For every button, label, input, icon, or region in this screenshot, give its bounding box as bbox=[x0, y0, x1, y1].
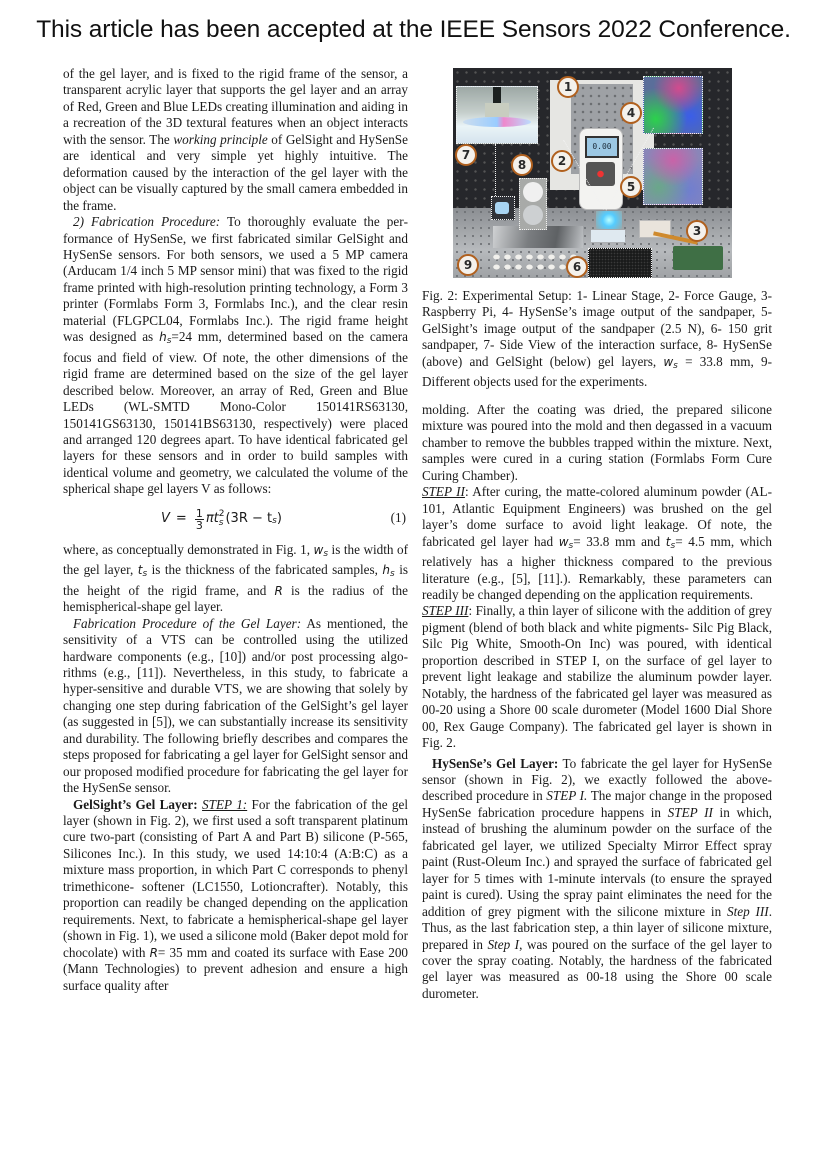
text-run: = 33.8 mm and bbox=[573, 534, 666, 549]
eq-equals: = bbox=[176, 511, 187, 527]
gauge-keypad bbox=[586, 162, 615, 186]
inset-gel-layers bbox=[519, 178, 547, 230]
right-column: molding. After the coating was dried, th… bbox=[422, 402, 772, 1002]
eq-rhs-sub: s bbox=[272, 513, 277, 529]
label-7-side-view: 7 bbox=[455, 144, 477, 166]
paragraph-gelsight-gel-layer: GelSight’s Gel Layer: STEP 1: For the fa… bbox=[63, 797, 408, 994]
paragraph-working-principle: of the gel layer, and is fixed to the ri… bbox=[63, 66, 408, 214]
paragraph-step-3: STEP III: Finally, a thin layer of silic… bbox=[422, 603, 772, 751]
paragraph-fabrication-procedure: 2) Fabrication Procedure: To thoroughly … bbox=[63, 214, 408, 498]
eq-rhs: (3R − t bbox=[225, 511, 272, 527]
text-run: =24 mm, determined based on the camera f… bbox=[63, 329, 408, 496]
leader-line bbox=[495, 144, 496, 196]
subsection-heading: Fabrication Procedure of the Gel Layer: bbox=[73, 616, 301, 631]
math-var: R bbox=[150, 946, 158, 960]
step-label: STEP II bbox=[422, 484, 465, 499]
eq-pi-t: πt bbox=[206, 511, 219, 527]
emphasis-working-principle: working principle bbox=[173, 132, 267, 147]
math-var: w bbox=[663, 355, 673, 369]
figure-2-photo: 0.00 1 2 3 4 5 6 7 8 9 bbox=[453, 68, 732, 278]
equation-number: (1) bbox=[391, 510, 406, 526]
frac-denominator: 3 bbox=[196, 520, 203, 531]
figure-2-caption: Fig. 2: Experimental Setup: 1- Linear St… bbox=[422, 288, 772, 391]
gel-surface bbox=[463, 117, 531, 127]
eq-lhs: V bbox=[161, 511, 170, 527]
step-ref: Step III bbox=[727, 904, 769, 919]
paragraph-variable-definitions: where, as conceptually demonstrated in F… bbox=[63, 542, 408, 616]
math-var: w bbox=[559, 535, 569, 549]
inset-gelsight-output bbox=[643, 148, 703, 205]
eq-supsub: 2s bbox=[219, 510, 225, 528]
label-5-gelsight-output: 5 bbox=[620, 176, 642, 198]
gauge-display: 0.00 bbox=[585, 136, 619, 158]
step-ref: STEP II bbox=[668, 805, 713, 820]
text-run: in which, instead of brushing the alumin… bbox=[422, 805, 772, 919]
step-ref: STEP I. bbox=[546, 788, 587, 803]
text-run: molding. After the coating was dried, th… bbox=[422, 402, 772, 483]
math-var: h bbox=[382, 563, 390, 577]
eq-fraction: 13 bbox=[195, 508, 204, 531]
raspberry-pi-board bbox=[673, 246, 723, 270]
text-run: where, as conceptually demonstrated in F… bbox=[63, 542, 314, 557]
label-9-objects: 9 bbox=[457, 254, 479, 276]
label-2-force-gauge: 2 bbox=[551, 150, 573, 172]
text-run: To thoroughly evaluate the per­formance … bbox=[63, 214, 408, 344]
paragraph-gel-layer-procedure: Fabrication Procedure of the Gel Layer: … bbox=[63, 616, 408, 797]
text-run: is the thickness of the fabricated sampl… bbox=[147, 562, 382, 577]
step-ref: Step I bbox=[487, 937, 519, 952]
label-4-hysense-output: 4 bbox=[620, 102, 642, 124]
text-run: As mentioned, the sensitivity of a VTS c… bbox=[63, 616, 408, 796]
eq-sub: s bbox=[219, 519, 225, 528]
text-run: : Finally, a thin layer of silicone with… bbox=[422, 603, 772, 750]
indenter-body bbox=[485, 103, 509, 117]
gel-cup bbox=[495, 202, 509, 214]
inset-hysense-output bbox=[643, 76, 703, 134]
inset-gel-cup bbox=[491, 196, 515, 220]
math-var: h bbox=[159, 330, 167, 344]
math-var: R bbox=[274, 584, 282, 598]
sensor-led-glow bbox=[596, 211, 622, 229]
sensor-base bbox=[591, 230, 625, 242]
inset-side-view bbox=[456, 86, 538, 144]
equation-body: V = 13 πt 2s (3R − t s ) bbox=[161, 508, 282, 531]
acceptance-banner: This article has been accepted at the IE… bbox=[0, 16, 827, 44]
eq-rhs-close: ) bbox=[277, 511, 282, 527]
label-6-sandpaper: 6 bbox=[566, 256, 588, 278]
paragraph-molding: molding. After the coating was dried, th… bbox=[422, 402, 772, 484]
paragraph-step-2: STEP II: After curing, the matte-colored… bbox=[422, 484, 772, 603]
label-3-raspberry-pi: 3 bbox=[686, 220, 708, 242]
hysense-gel bbox=[523, 182, 543, 202]
paragraph-hysense-gel-layer: HySenSe’s Gel Layer: To fabricate the ge… bbox=[422, 756, 772, 1003]
math-var: w bbox=[314, 543, 324, 557]
label-1-linear-stage: 1 bbox=[557, 76, 579, 98]
frac-numerator: 1 bbox=[195, 508, 204, 520]
subsection-heading: 2) Fabrication Procedure: bbox=[73, 214, 220, 229]
indenter bbox=[493, 87, 501, 103]
label-8-gel-layers: 8 bbox=[511, 154, 533, 176]
gelsight-gel bbox=[523, 205, 543, 225]
bold-heading: GelSight’s Gel Layer: bbox=[73, 797, 198, 812]
left-column: of the gel layer, and is fixed to the ri… bbox=[63, 66, 408, 994]
inset-sandpaper bbox=[588, 248, 652, 278]
equation-1: V = 13 πt 2s (3R − t s ) (1) bbox=[63, 504, 408, 538]
text-run: For the fabrication of the gel layer (sh… bbox=[63, 797, 408, 960]
step-label: STEP III bbox=[422, 603, 468, 618]
bold-heading: HySenSe’s Gel Layer: bbox=[432, 756, 558, 771]
step-label: STEP 1: bbox=[202, 797, 247, 812]
